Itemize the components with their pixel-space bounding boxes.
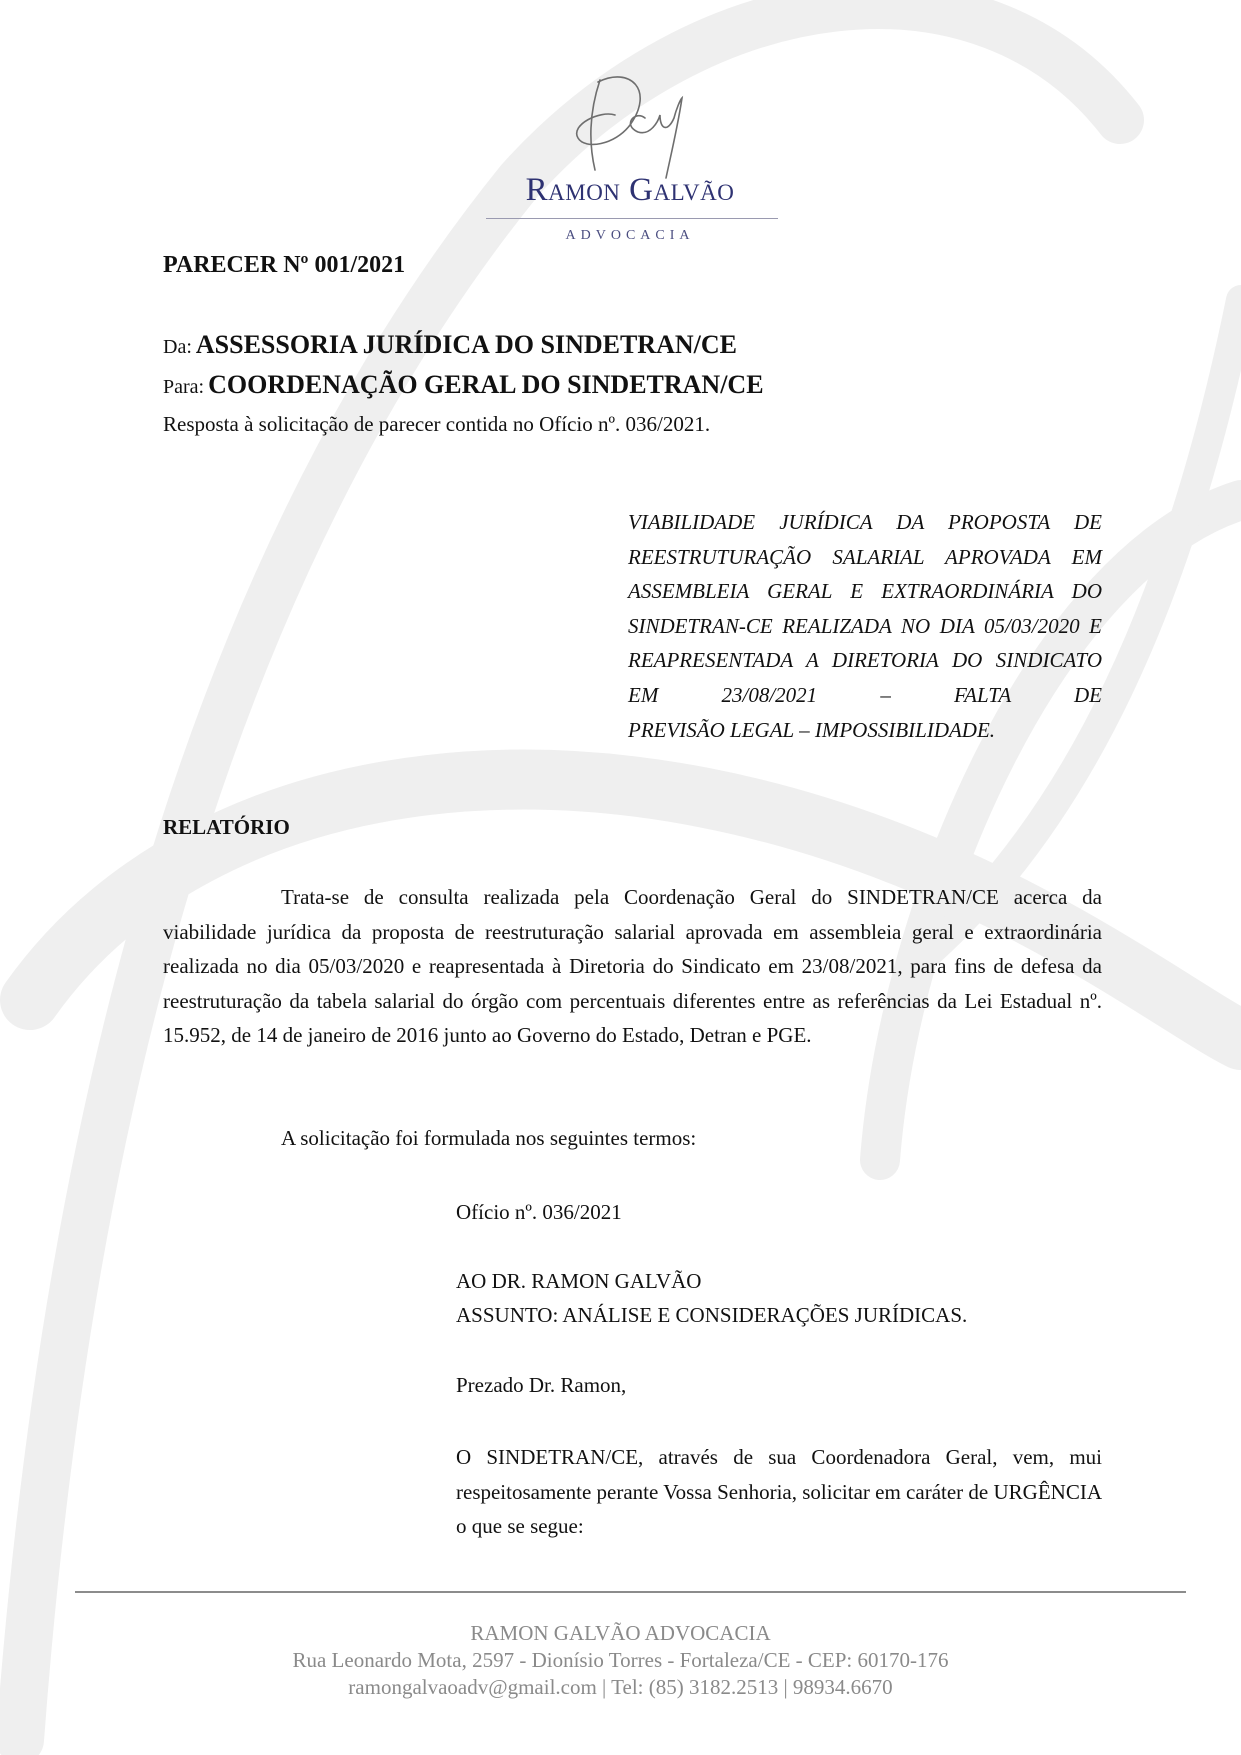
quote-oficio: Ofício nº. 036/2021	[456, 1195, 1102, 1230]
body-paragraph: Trata-se de consulta realizada pela Coor…	[163, 880, 1102, 1053]
footer-address: Rua Leonardo Mota, 2597 - Dionísio Torre…	[0, 1647, 1241, 1674]
logo-name: Ramon Galvão	[480, 174, 780, 207]
footer-divider	[75, 1591, 1186, 1593]
ementa-text: VIABILIDADE JURÍDICA DA PROPOSTA DE REES…	[628, 510, 1102, 707]
firm-logo: Ramon Galvão ADVOCACIA	[480, 70, 780, 230]
body-paragraph: A solicitação foi formulada nos seguinte…	[281, 1126, 696, 1151]
to-line: Para: COORDENAÇÃO GERAL DO SINDETRAN/CE	[163, 370, 764, 400]
logo-divider	[486, 218, 778, 219]
ementa-last-line: PREVISÃO LEGAL – IMPOSSIBILIDADE.	[628, 713, 1102, 748]
quote-subject: ASSUNTO: ANÁLISE E CONSIDERAÇÕES JURÍDIC…	[456, 1298, 1102, 1333]
quote-body: O SINDETRAN/CE, através de sua Coordenad…	[456, 1440, 1102, 1544]
from-value: ASSESSORIA JURÍDICA DO SINDETRAN/CE	[196, 330, 737, 359]
ementa-block: VIABILIDADE JURÍDICA DA PROPOSTA DE REES…	[628, 505, 1102, 747]
footer-firm: RAMON GALVÃO ADVOCACIA	[0, 1620, 1241, 1647]
signature-icon	[560, 70, 700, 180]
from-line: Da: ASSESSORIA JURÍDICA DO SINDETRAN/CE	[163, 330, 737, 360]
document-title: PARECER Nº 001/2021	[163, 252, 405, 279]
document-page: Ramon Galvão ADVOCACIA PARECER Nº 001/20…	[0, 0, 1241, 1755]
quote-greeting: Prezado Dr. Ramon,	[456, 1368, 1102, 1403]
footer-contact: ramongalvaoadv@gmail.com | Tel: (85) 318…	[0, 1674, 1241, 1701]
section-heading: RELATÓRIO	[163, 815, 290, 840]
to-label: Para:	[163, 376, 204, 398]
from-label: Da:	[163, 336, 192, 358]
to-value: COORDENAÇÃO GERAL DO SINDETRAN/CE	[208, 370, 763, 399]
response-line: Resposta à solicitação de parecer contid…	[163, 412, 710, 437]
quote-addressee: AO DR. RAMON GALVÃO	[456, 1264, 1102, 1299]
logo-subtitle: ADVOCACIA	[480, 228, 780, 244]
